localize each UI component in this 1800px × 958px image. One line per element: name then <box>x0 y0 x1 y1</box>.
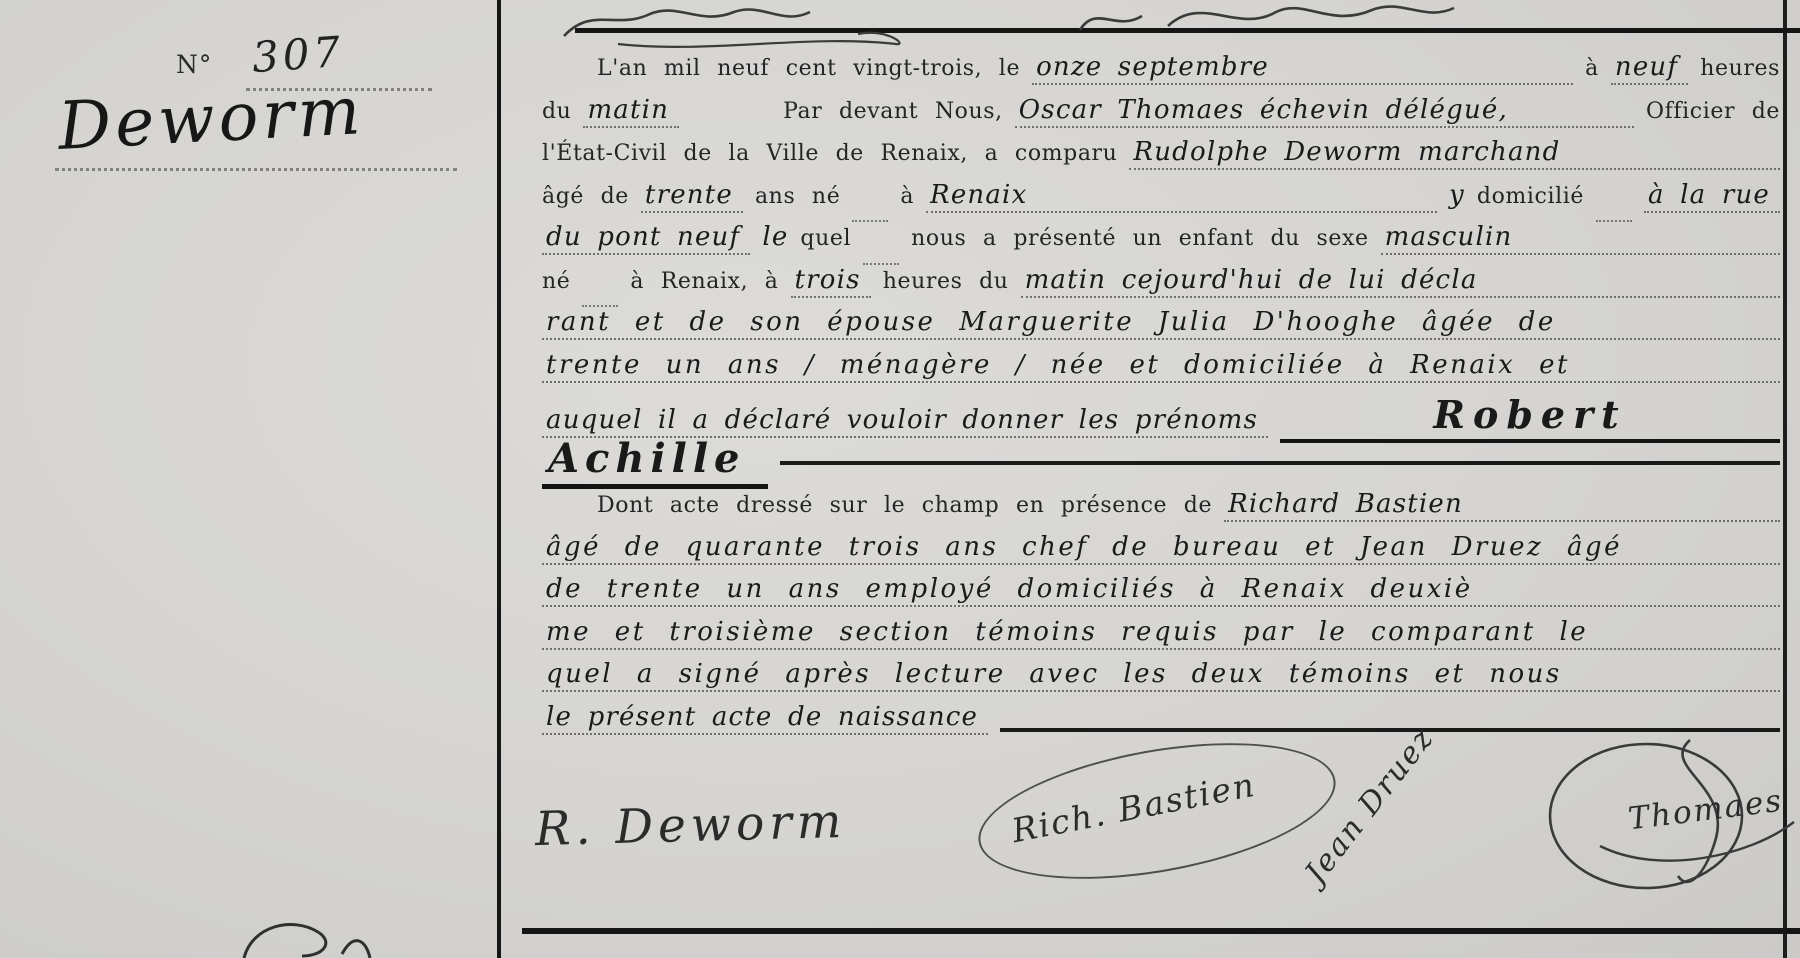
signature-declarant: R. Deworm <box>534 794 847 857</box>
printed-text: Officier de <box>1646 99 1780 124</box>
handwritten-birth-hour: trois <box>791 265 871 298</box>
previous-act-signature-fragment-left <box>558 0 928 48</box>
printed-text: à <box>900 184 914 209</box>
handwritten-witness1-name: Richard Bastien <box>1224 489 1780 522</box>
act-line: du pont neuf le quel nous a présenté un … <box>542 222 1780 265</box>
margin-surname-dotted-rule <box>55 168 457 171</box>
handwritten-street-continued: du pont neuf <box>542 222 750 255</box>
printed-text: à <box>1585 56 1599 81</box>
handwritten-closing-text: le présent acte de naissance <box>542 702 988 735</box>
printed-text: heures du <box>883 269 1009 294</box>
margin-separator-line <box>497 0 501 958</box>
act-line: trente un ans / ménagère / née et domici… <box>542 350 1780 393</box>
handwritten-time-of-day: matin <box>583 95 679 128</box>
margin-surname: Deworm <box>56 72 366 165</box>
handwritten-street: à la rue <box>1644 180 1780 213</box>
printed-text: Dont acte dressé sur le champ en présenc… <box>597 493 1212 518</box>
handwritten-witness-details: de trente un ans employé domiciliés à Re… <box>542 574 1780 607</box>
handwritten-text: le <box>762 222 788 252</box>
printed-text: heures <box>1700 56 1780 81</box>
handwritten-sex: masculin <box>1381 222 1780 255</box>
handwritten-witness-details: âgé de quarante trois ans chef de bureau… <box>542 532 1780 565</box>
act-line: auquel il a déclaré vouloir donner les p… <box>542 392 1780 435</box>
printed-text: du <box>542 99 571 124</box>
act-line: Dont acte dressé sur le champ en présenc… <box>542 489 1780 532</box>
dotted-leader <box>1596 212 1632 222</box>
printed-text: ans né <box>755 184 840 209</box>
printed-text: nous a présenté un enfant du sexe <box>911 226 1369 251</box>
printed-text: L'an mil neuf cent vingt-trois, le <box>597 56 1020 81</box>
birth-register-page: N° 307 Deworm L'an mil neuf cent vingt-t… <box>0 0 1800 958</box>
dotted-leader <box>863 255 899 265</box>
handwritten-age: trente <box>641 180 743 213</box>
handwritten-text: matin cejourd'hui de lui décla <box>1021 265 1780 298</box>
act-line: me et troisième section témoins requis p… <box>542 617 1780 660</box>
printed-text: l'État-Civil de la Ville de Renaix, a co… <box>542 141 1117 166</box>
printed-text: domicilié <box>1477 184 1584 209</box>
handwritten-closing-text: quel a signé après lecture avec les deux… <box>542 659 1780 692</box>
handwritten-hour: neuf <box>1611 52 1688 85</box>
printed-text: âgé de <box>542 184 629 209</box>
dotted-leader <box>582 297 618 307</box>
handwritten-second-name: Achille <box>542 435 768 489</box>
printed-text: à Renaix, à <box>630 269 778 294</box>
act-line: de trente un ans employé domiciliés à Re… <box>542 574 1780 617</box>
act-line: âgé de quarante trois ans chef de bureau… <box>542 532 1780 575</box>
act-line: âgé de trente ans né à Renaix y domicili… <box>542 180 1780 223</box>
handwritten-date: onze septembre <box>1032 52 1573 85</box>
printed-text: quel <box>800 226 851 251</box>
handwritten-text: auquel il a déclaré vouloir donner les p… <box>542 405 1268 438</box>
handwritten-declarant-name: Rudolphe Deworm marchand <box>1129 137 1780 170</box>
next-act-number-fragment <box>222 912 372 958</box>
handwritten-mother-name: rant et de son épouse Marguerite Julia D… <box>542 307 1780 340</box>
handwritten-birthplace: Renaix <box>926 180 1437 213</box>
act-line: l'État-Civil de la Ville de Renaix, a co… <box>542 137 1780 180</box>
closing-rule <box>780 461 1780 465</box>
handwritten-mother-details: trente un ans / ménagère / née et domici… <box>542 350 1780 383</box>
act-number-label: N° <box>176 50 212 79</box>
handwritten-text: y <box>1449 180 1465 210</box>
act-end-divider-rule <box>522 928 1800 934</box>
act-line: né à Renaix, à trois heures du matin cej… <box>542 265 1780 308</box>
act-line: du matin Par devant Nous, Oscar Thomaes … <box>542 95 1780 138</box>
act-line: rant et de son épouse Marguerite Julia D… <box>542 307 1780 350</box>
act-line: L'an mil neuf cent vingt-trois, le onze … <box>542 52 1780 95</box>
act-line: quel a signé après lecture avec les deux… <box>542 659 1780 702</box>
handwritten-officer-name: Oscar Thomaes échevin délégué, <box>1015 95 1634 128</box>
act-body: L'an mil neuf cent vingt-trois, le onze … <box>542 52 1780 744</box>
dotted-leader <box>852 212 888 222</box>
handwritten-first-name: Robert <box>1280 392 1780 443</box>
printed-text: Par devant Nous, <box>783 99 1003 124</box>
previous-act-signature-fragment-right <box>1072 0 1462 42</box>
handwritten-witness-details: me et troisième section témoins requis p… <box>542 617 1780 650</box>
printed-text: né <box>542 269 570 294</box>
